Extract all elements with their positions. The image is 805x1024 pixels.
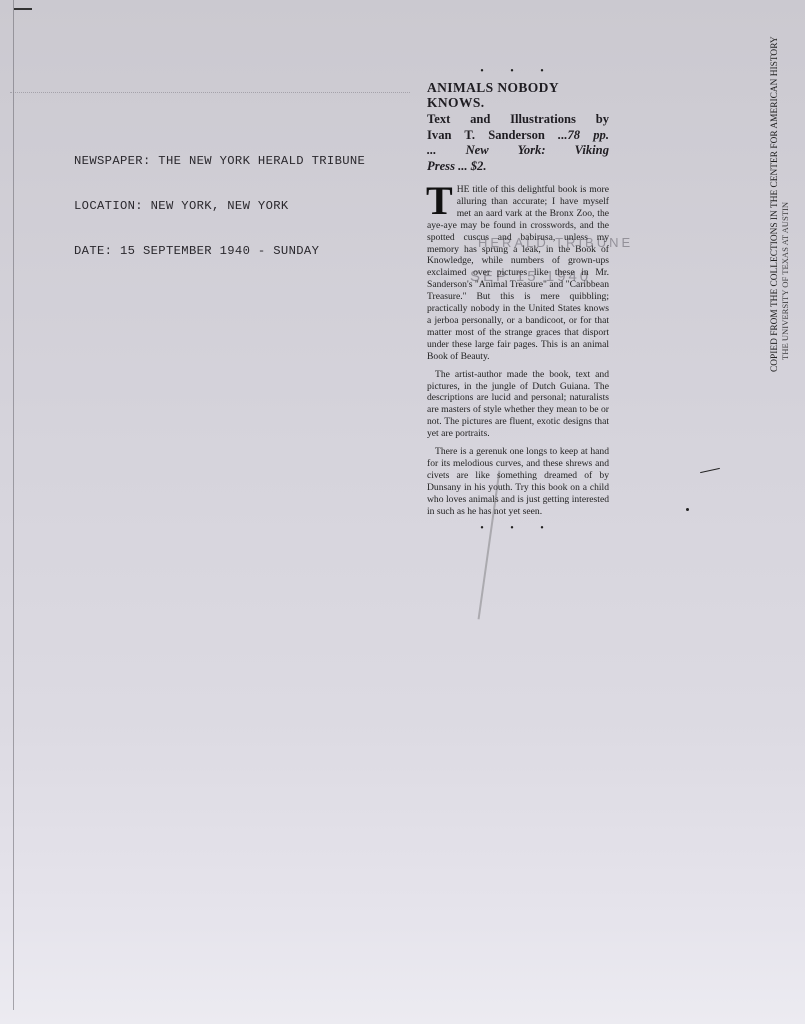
location-line: LOCATION: NEW YORK, NEW YORK xyxy=(74,199,365,214)
archive-line-1: COPIED FROM THE COLLECTIONS IN THE CENTE… xyxy=(770,42,780,372)
drop-cap: T xyxy=(426,185,453,218)
scan-dot xyxy=(686,508,689,511)
scan-mark xyxy=(14,8,32,10)
review-clipping: • • • ANIMALS NOBODY KNOWS. Text and Ill… xyxy=(427,66,609,535)
review-body: THE title of this delightful book is mor… xyxy=(427,184,609,517)
scanned-page: NEWSPAPER: THE NEW YORK HERALD TRIBUNE L… xyxy=(0,0,805,1024)
author-name: Ivan T. Sanderson xyxy=(427,128,545,142)
byline-author-pages: Ivan T. Sanderson ...78 pp. xyxy=(427,128,609,144)
price: Press ... $2. xyxy=(427,159,486,173)
paragraph-2: The artist-author made the book, text an… xyxy=(427,369,609,440)
title-line-1: ANIMALS NOBODY xyxy=(427,80,609,95)
fold-line xyxy=(10,92,410,94)
publisher: ... New York: Viking xyxy=(427,143,609,159)
top-ornament: • • • xyxy=(427,66,609,78)
scan-mark xyxy=(700,468,720,473)
page-count: ...78 pp. xyxy=(558,128,609,142)
byline: Text and Illustrations by Ivan T. Sander… xyxy=(427,112,609,174)
archive-copy-notice: COPIED FROM THE COLLECTIONS IN THE CENTE… xyxy=(770,42,790,372)
paragraph-1-text: HE title of this delightful book is more… xyxy=(427,184,609,362)
archive-line-2: THE UNIVERSITY OF TEXAS AT AUSTIN xyxy=(780,42,790,372)
title-line-2: KNOWS. xyxy=(427,95,609,110)
byline-credit: Text and Illustrations by xyxy=(427,112,609,128)
citation-header: NEWSPAPER: THE NEW YORK HERALD TRIBUNE L… xyxy=(74,124,365,289)
paragraph-3: There is a gerenuk one longs to keep at … xyxy=(427,446,609,517)
date-line: DATE: 15 SEPTEMBER 1940 - SUNDAY xyxy=(74,244,365,259)
bottom-ornament: • • • xyxy=(427,523,609,535)
newspaper-line: NEWSPAPER: THE NEW YORK HERALD TRIBUNE xyxy=(74,154,365,169)
paragraph-1: THE title of this delightful book is mor… xyxy=(427,184,609,363)
book-title: ANIMALS NOBODY KNOWS. xyxy=(427,80,609,110)
page-edge-line xyxy=(13,0,14,1010)
